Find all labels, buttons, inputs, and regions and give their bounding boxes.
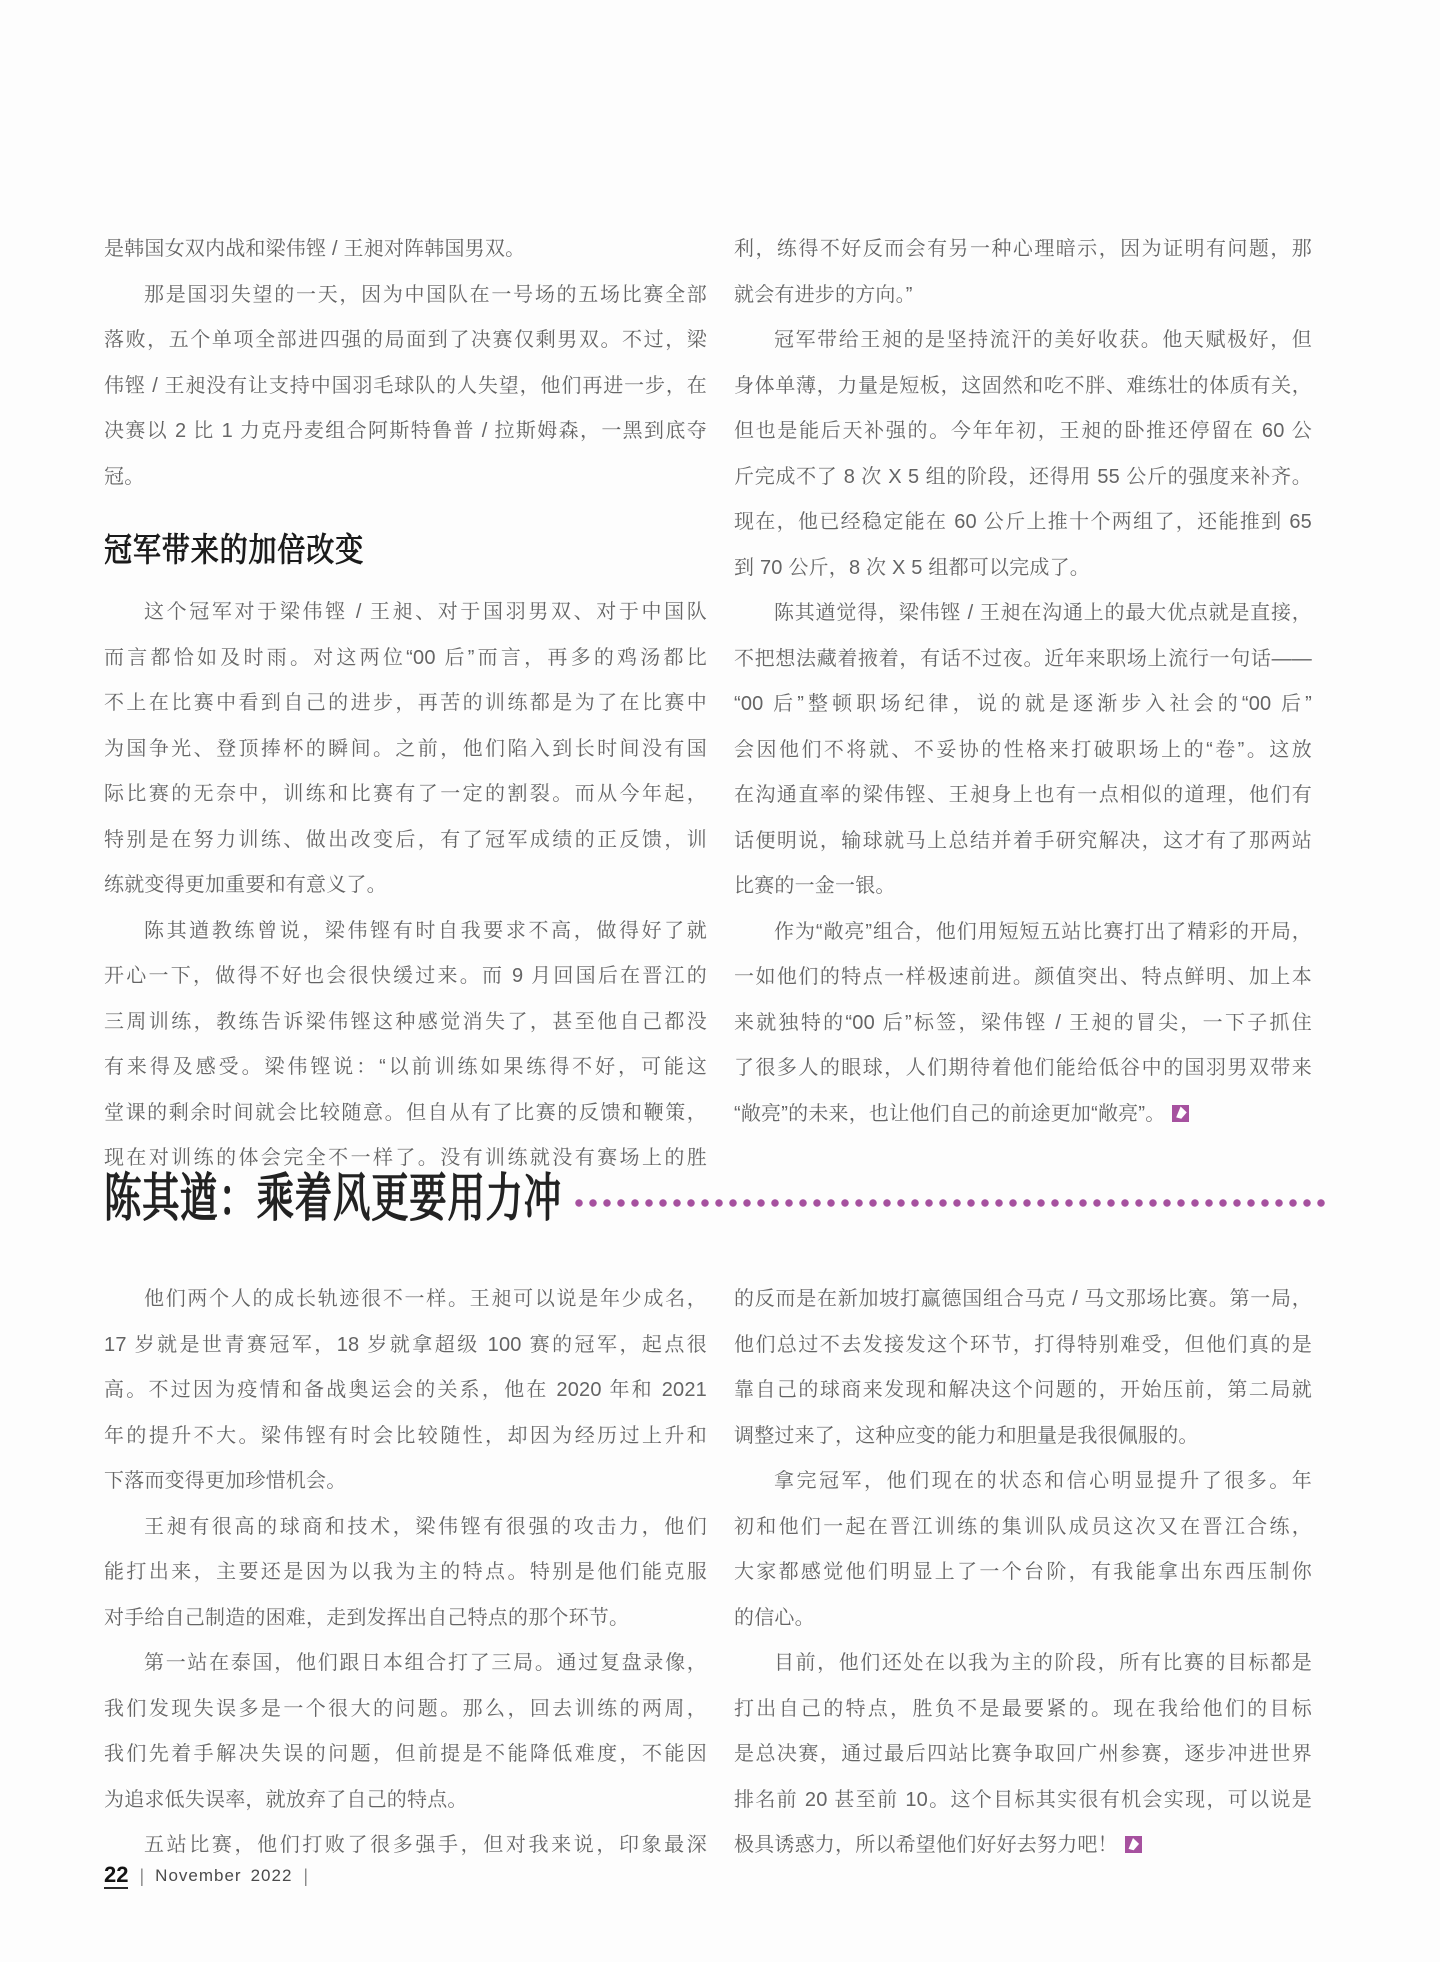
text-line: 不把想法藏着掖着，有话不过夜。近年来职场上流行一句话——	[734, 637, 1312, 683]
text-line: 现在，他已经稳定能在 60 公斤上推十个两组了，还能推到 65	[734, 500, 1312, 546]
text-line: 靠自己的球商来发现和解决这个问题的，开始压前，第二局就	[734, 1368, 1312, 1414]
footer-date-year: 2022	[251, 1866, 293, 1886]
text-line: 这个冠军对于梁伟铿 / 王昶、对于国羽男双、对于中国队	[104, 590, 707, 636]
page-number: 22	[104, 1863, 128, 1889]
article2-headline: 陈其遒：乘着风更要用力冲	[104, 1166, 562, 1232]
text-line: 是总决赛，通过最后四站比赛争取回广州参赛，逐步冲进世界	[734, 1732, 1312, 1778]
article-end-shuttlecock-icon	[1125, 1836, 1142, 1853]
article2-left-column: 他们两个人的成长轨迹很不一样。王昶可以说是年少成名，17 岁就是世青赛冠军，18…	[104, 1277, 707, 1869]
text-line: 了很多人的眼球，人们期待着他们能给低谷中的国羽男双带来	[734, 1046, 1312, 1092]
text-line: 年的提升不大。梁伟铿有时会比较随性，却因为经历过上升和	[104, 1414, 707, 1460]
text-line: “敞亮”的未来，也让他们自己的前途更加“敞亮”。	[734, 1092, 1312, 1138]
article-end-shuttlecock-icon	[1172, 1105, 1189, 1122]
text-line: 他们两个人的成长轨迹很不一样。王昶可以说是年少成名，	[104, 1277, 707, 1323]
text-line: 但也是能后天补强的。今年年初，王昶的卧推还停留在 60 公	[734, 409, 1312, 455]
text-line: 第一站在泰国，他们跟日本组合打了三局。通过复盘录像，	[104, 1641, 707, 1687]
text-line: 高。不过因为疫情和备战奥运会的关系，他在 2020 年和 2021	[104, 1368, 707, 1414]
text-line: “00 后”整顿职场纪律，说的就是逐渐步入社会的“00 后”	[734, 682, 1312, 728]
magazine-page: 是韩国女双内战和梁伟铿 / 王昶对阵韩国男双。那是国羽失望的一天，因为中国队在一…	[0, 0, 1440, 1962]
text-line: 陈其遒觉得，梁伟铿 / 王昶在沟通上的最大优点就是直接，	[734, 591, 1312, 637]
text-line: 是韩国女双内战和梁伟铿 / 王昶对阵韩国男双。	[104, 227, 707, 273]
text-line: 落败，五个单项全部进四强的局面到了决赛仅剩男双。不过，梁	[104, 318, 707, 364]
text-line: 开心一下，做得不好也会很快缓过来。而 9 月回国后在晋江的	[104, 954, 707, 1000]
text-line: 下落而变得更加珍惜机会。	[104, 1459, 707, 1505]
text-line: 调整过来了，这种应变的能力和胆量是我很佩服的。	[734, 1414, 1312, 1460]
text-line: 练就变得更加重要和有意义了。	[104, 863, 707, 909]
page-footer: 22 | November 2022 |	[104, 1862, 319, 1890]
text-line: 冠军带给王昶的是坚持流汗的美好收获。他天赋极好，但	[734, 318, 1312, 364]
text-line: 他们总过不去发接发这个环节，打得特别难受，但他们真的是	[734, 1323, 1312, 1369]
text-line: 排名前 20 甚至前 10。这个目标其实很有机会实现，可以说是	[734, 1778, 1312, 1824]
article1-left-intro: 是韩国女双内战和梁伟铿 / 王昶对阵韩国男双。那是国羽失望的一天，因为中国队在一…	[104, 227, 707, 500]
text-line: 初和他们一起在晋江训练的集训队成员这次又在晋江合练，	[734, 1505, 1312, 1551]
footer-date-month: November	[155, 1866, 241, 1886]
text-line: 身体单薄，力量是短板，这固然和吃不胖、难练壮的体质有关，	[734, 364, 1312, 410]
text-line: 决赛以 2 比 1 力克丹麦组合阿斯特鲁普 / 拉斯姆森，一黑到底夺冠。	[104, 409, 707, 500]
text-line: 17 岁就是世青赛冠军，18 岁就拿超级 100 赛的冠军，起点很	[104, 1323, 707, 1369]
text-line: 我们先着手解决失误的问题，但前提是不能降低难度，不能因	[104, 1732, 707, 1778]
text-line: 为追求低失误率，就放弃了自己的特点。	[104, 1778, 707, 1824]
text-line: 来就独特的“00 后”标签，梁伟铿 / 王昶的冒尖，一下子抓住	[734, 1001, 1312, 1047]
text-line: 际比赛的无奈中，训练和比赛有了一定的割裂。而从今年起，	[104, 772, 707, 818]
text-line: 的信心。	[734, 1596, 1312, 1642]
text-line: 大家都感觉他们明显上了一个台阶，有我能拿出东西压制你	[734, 1550, 1312, 1596]
text-line: 利，练得不好反而会有另一种心理暗示，因为证明有问题，那	[734, 227, 1312, 273]
text-line: 拿完冠军，他们现在的状态和信心明显提升了很多。年	[734, 1459, 1312, 1505]
text-line: 那是国羽失望的一天，因为中国队在一号场的五场比赛全部	[104, 273, 707, 319]
text-line: 在沟通直率的梁伟铿、王昶身上也有一点相似的道理，他们有	[734, 773, 1312, 819]
text-line: 对手给自己制造的困难，走到发挥出自己特点的那个环节。	[104, 1596, 707, 1642]
text-line: 堂课的剩余时间就会比较随意。但自从有了比赛的反馈和鞭策，	[104, 1091, 707, 1137]
text-line: 的反而是在新加坡打赢德国组合马克 / 马文那场比赛。第一局，	[734, 1277, 1312, 1323]
text-line: 作为“敞亮”组合，他们用短短五站比赛打出了精彩的开局，	[734, 910, 1312, 956]
text-line: 话便明说，输球就马上总结并着手研究解决，这才有了那两站	[734, 819, 1312, 865]
text-line: 比赛的一金一银。	[734, 864, 1312, 910]
text-line: 能打出来，主要还是因为以我为主的特点。特别是他们能克服	[104, 1550, 707, 1596]
article2-headline-row: 陈其遒：乘着风更要用力冲	[104, 1166, 1330, 1236]
text-line: 特别是在努力训练、做出改变后，有了冠军成绩的正反馈，训	[104, 818, 707, 864]
text-line: 会因他们不将就、不妥协的性格来打破职场上的“卷”。这放	[734, 728, 1312, 774]
text-line: 三周训练，教练告诉梁伟铿这种感觉消失了，甚至他自己都没	[104, 1000, 707, 1046]
text-line: 打出自己的特点，胜负不是最要紧的。现在我给他们的目标	[734, 1687, 1312, 1733]
text-line: 目前，他们还处在以我为主的阶段，所有比赛的目标都是	[734, 1641, 1312, 1687]
text-line: 不上在比赛中看到自己的进步，再苦的训练都是为了在比赛中	[104, 681, 707, 727]
article1-left-rest: 这个冠军对于梁伟铿 / 王昶、对于国羽男双、对于中国队而言都恰如及时雨。对这两位…	[104, 590, 707, 1182]
footer-separator: |	[303, 1866, 308, 1887]
text-line: 就会有进步的方向。”	[734, 273, 1312, 319]
text-line: 到 70 公斤，8 次 X 5 组都可以完成了。	[734, 546, 1312, 592]
text-line: 伟铿 / 王昶没有让支持中国羽毛球队的人失望，他们再进一步，在	[104, 364, 707, 410]
text-line: 斤完成不了 8 次 X 5 组的阶段，还得用 55 公斤的强度来补齐。	[734, 455, 1312, 501]
article2-right-column: 的反而是在新加坡打赢德国组合马克 / 马文那场比赛。第一局，他们总过不去发接发这…	[734, 1277, 1312, 1869]
text-line: 有来得及感受。梁伟铿说：“以前训练如果练得不好，可能这	[104, 1045, 707, 1091]
text-line: 极具诱惑力，所以希望他们好好去努力吧！	[734, 1823, 1312, 1869]
section-heading: 冠军带来的加倍改变	[104, 530, 617, 570]
article1-right-column: 利，练得不好反而会有另一种心理暗示，因为证明有问题，那就会有进步的方向。”冠军带…	[734, 227, 1312, 1137]
text-line: 王昶有很高的球商和技术，梁伟铿有很强的攻击力，他们	[104, 1505, 707, 1551]
text-line: 陈其遒教练曾说，梁伟铿有时自我要求不高，做得好了就	[104, 909, 707, 955]
footer-separator: |	[139, 1866, 144, 1887]
article1-left-column: 是韩国女双内战和梁伟铿 / 王昶对阵韩国男双。那是国羽失望的一天，因为中国队在一…	[104, 227, 707, 1182]
text-line: 我们发现失误多是一个很大的问题。那么，回去训练的两周，	[104, 1687, 707, 1733]
text-line: 一如他们的特点一样极速前进。颜值突出、特点鲜明、加上本	[734, 955, 1312, 1001]
text-line: 而言都恰如及时雨。对这两位“00 后”而言，再多的鸡汤都比	[104, 636, 707, 682]
text-line: 为国争光、登顶捧杯的瞬间。之前，他们陷入到长时间没有国	[104, 727, 707, 773]
dotted-divider	[572, 1198, 1330, 1208]
